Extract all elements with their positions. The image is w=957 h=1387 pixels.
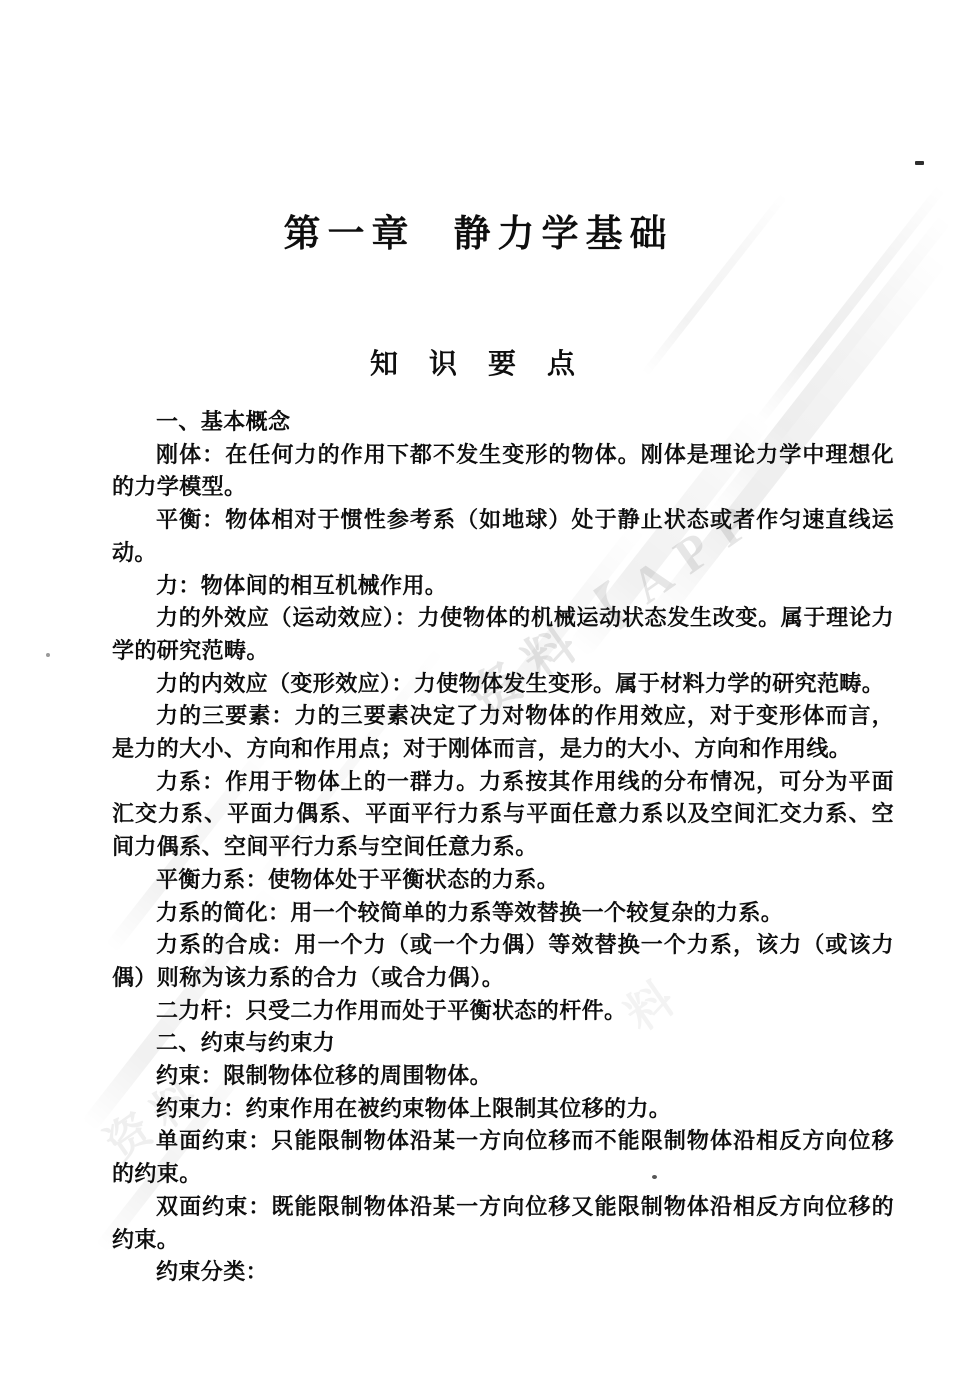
paragraph: 力的内效应（变形效应）：力使物体发生变形。属于材料力学的研究范畴。 [112, 668, 894, 701]
paragraph: 二力杆：只受二力作用而处于平衡状态的杆件。 [112, 995, 894, 1028]
body-text: 一、基本概念 刚体：在任何力的作用下都不发生变形的物体。刚体是理论力学中理想化的… [112, 406, 894, 1289]
paragraph: 平衡：物体相对于惯性参考系（如地球）处于静止状态或者作匀速直线运动。 [112, 504, 894, 569]
paragraph: 力的外效应（运动效应）：力使物体的机械运动状态发生改变。属于理论力学的研究范畴。 [112, 602, 894, 667]
paragraph: 约束分类： [112, 1256, 894, 1289]
paragraph: 力的三要素：力的三要素决定了力对物体的作用效应，对于变形体而言，是力的大小、方向… [112, 700, 894, 765]
scan-speck [652, 1175, 657, 1179]
paragraph: 力系：作用于物体上的一群力。力系按其作用线的分布情况，可分为平面汇交力系、平面力… [112, 766, 894, 864]
chapter-number: 第一章 [284, 214, 416, 255]
scan-speck [46, 653, 50, 657]
paragraph: 刚体：在任何力的作用下都不发生变形的物体。刚体是理论力学中理想化的力学模型。 [112, 439, 894, 504]
paragraph: 力系的合成：用一个力（或一个力偶）等效替换一个力系，该力（或该力偶）则称为该力系… [112, 929, 894, 994]
paragraph: 力：物体间的相互机械作用。 [112, 570, 894, 603]
section-title: 知 识 要 点 [0, 342, 957, 382]
paragraph: 约束力：约束作用在被约束物体上限制其位移的力。 [112, 1093, 894, 1126]
chapter-name: 静力学基础 [454, 214, 674, 255]
paragraph: 力系的简化：用一个较简单的力系等效替换一个较复杂的力系。 [112, 897, 894, 930]
paragraph: 双面约束：既能限制物体沿某一方向位移又能限制物体沿相反方向位移的约束。 [112, 1191, 894, 1256]
paragraph: 约束：限制物体位移的周围物体。 [112, 1060, 894, 1093]
list-heading: 一、基本概念 [112, 406, 894, 439]
list-heading: 二、约束与约束力 [112, 1027, 894, 1060]
scan-speck [915, 161, 924, 165]
paragraph: 单面约束：只能限制物体沿某一方向位移而不能限制物体沿相反方向位移的约束。 [112, 1125, 894, 1190]
scanned-book-page: 资料【APP 资料 料 第一章静力学基础 知 识 要 点 一、基本概念 刚体：在… [0, 0, 957, 1387]
paragraph: 平衡力系：使物体处于平衡状态的力系。 [112, 864, 894, 897]
chapter-title: 第一章静力学基础 [0, 203, 957, 257]
